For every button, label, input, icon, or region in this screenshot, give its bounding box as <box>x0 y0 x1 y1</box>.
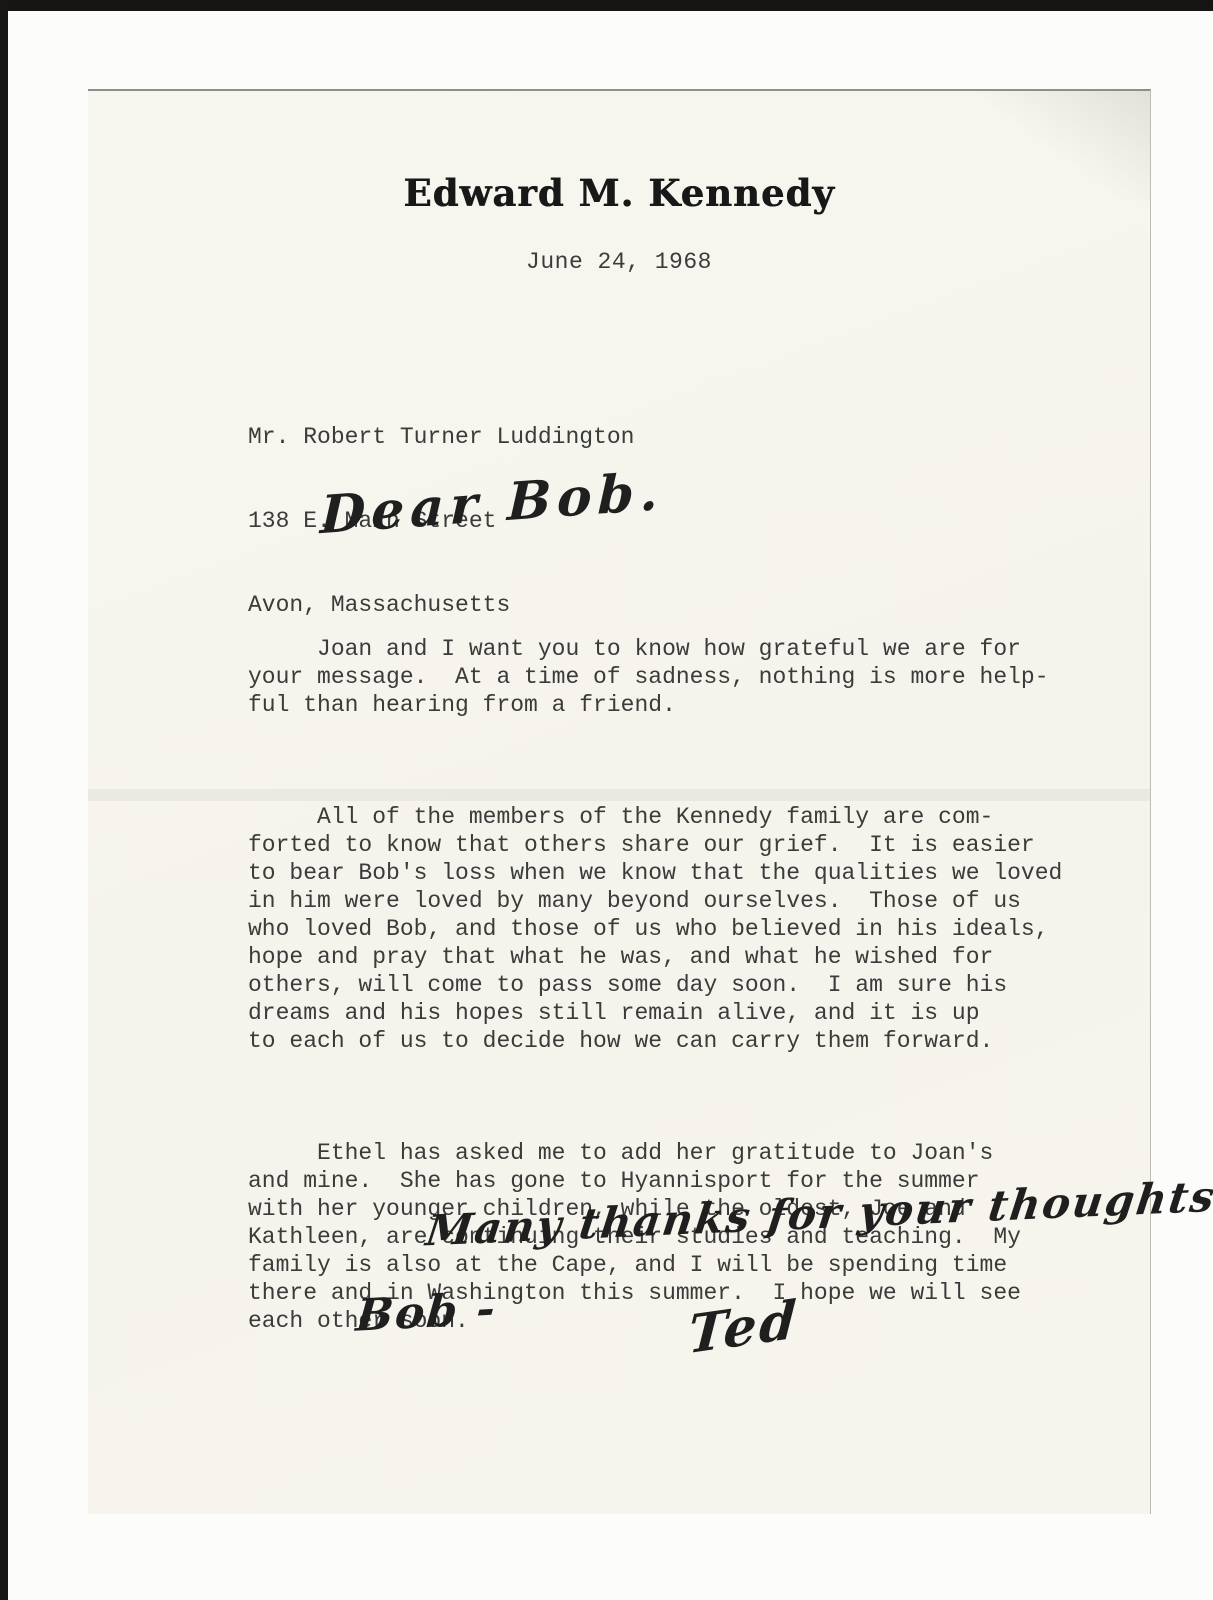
scan-edge-left <box>0 0 8 1600</box>
letter-body: Joan and I want you to know how grateful… <box>248 579 1062 1391</box>
scan-edge-top <box>0 0 1213 11</box>
body-paragraph-2: All of the members of the Kennedy family… <box>248 803 1062 1055</box>
closing-addressee-handwriting: Bob - <box>354 1283 499 1342</box>
letterhead-name: Edward M. Kennedy <box>88 171 1150 215</box>
scanned-letter-page: Edward M. Kennedy June 24, 1968 Mr. Robe… <box>0 0 1213 1600</box>
letter-date: June 24, 1968 <box>88 249 1150 275</box>
body-paragraph-1: Joan and I want you to know how grateful… <box>248 635 1062 719</box>
letter-paper: Edward M. Kennedy June 24, 1968 Mr. Robe… <box>88 89 1151 1514</box>
recipient-name: Mr. Robert Turner Luddington <box>248 423 634 451</box>
